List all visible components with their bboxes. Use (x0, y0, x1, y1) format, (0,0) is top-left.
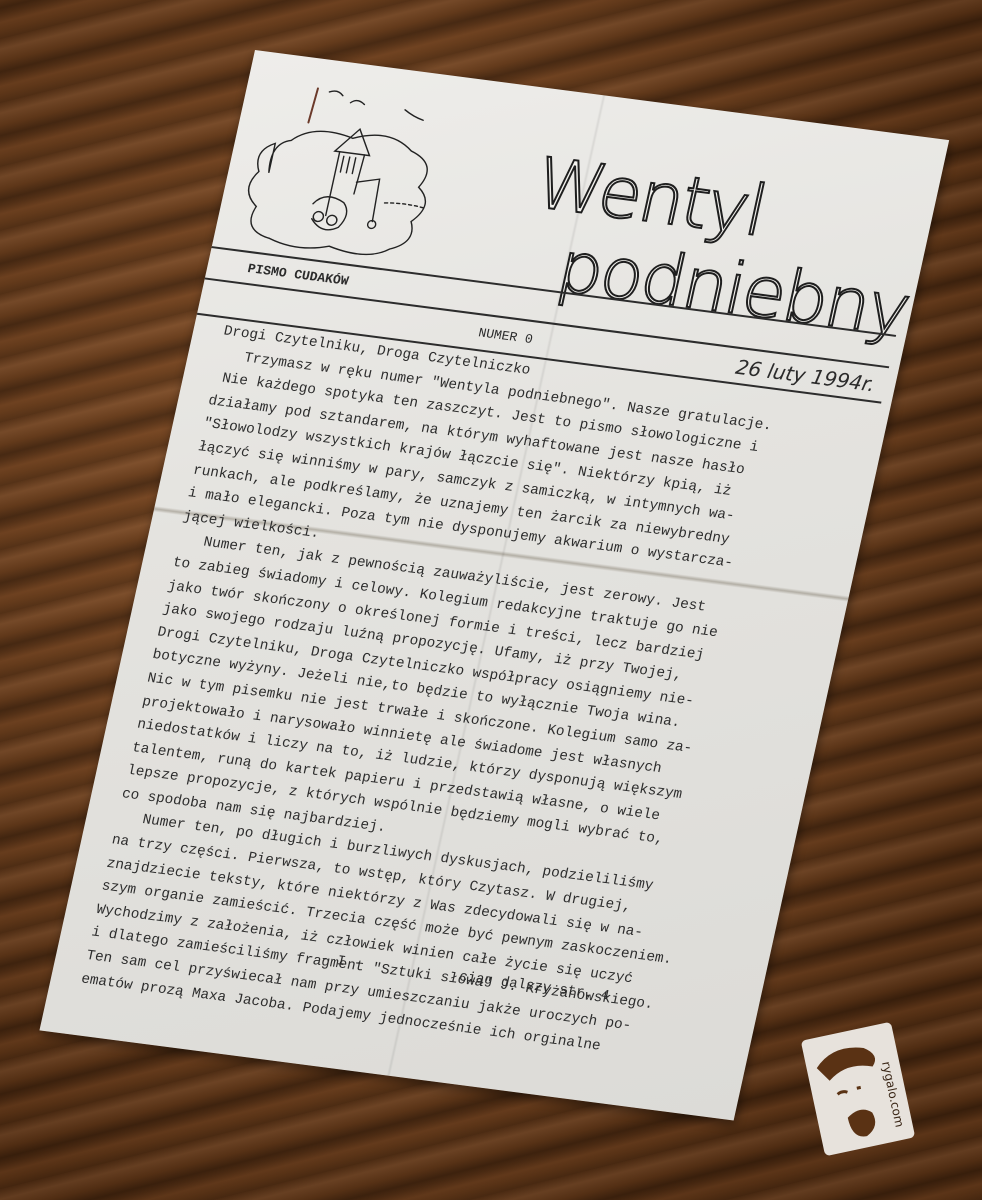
cloud-tower-illustration (222, 71, 499, 278)
newsletter-page: Wentyl podniebny PISMO CUDAKÓW NUMER 0 2… (39, 50, 949, 1121)
masthead-title: Wentyl podniebny (511, 143, 933, 350)
issue-number: NUMER 0 (477, 325, 534, 347)
watermark-logo: rygalo.com (801, 1022, 916, 1157)
body-text: Drogi Czytelniku, Droga Czytelniczko Trz… (79, 321, 871, 1076)
